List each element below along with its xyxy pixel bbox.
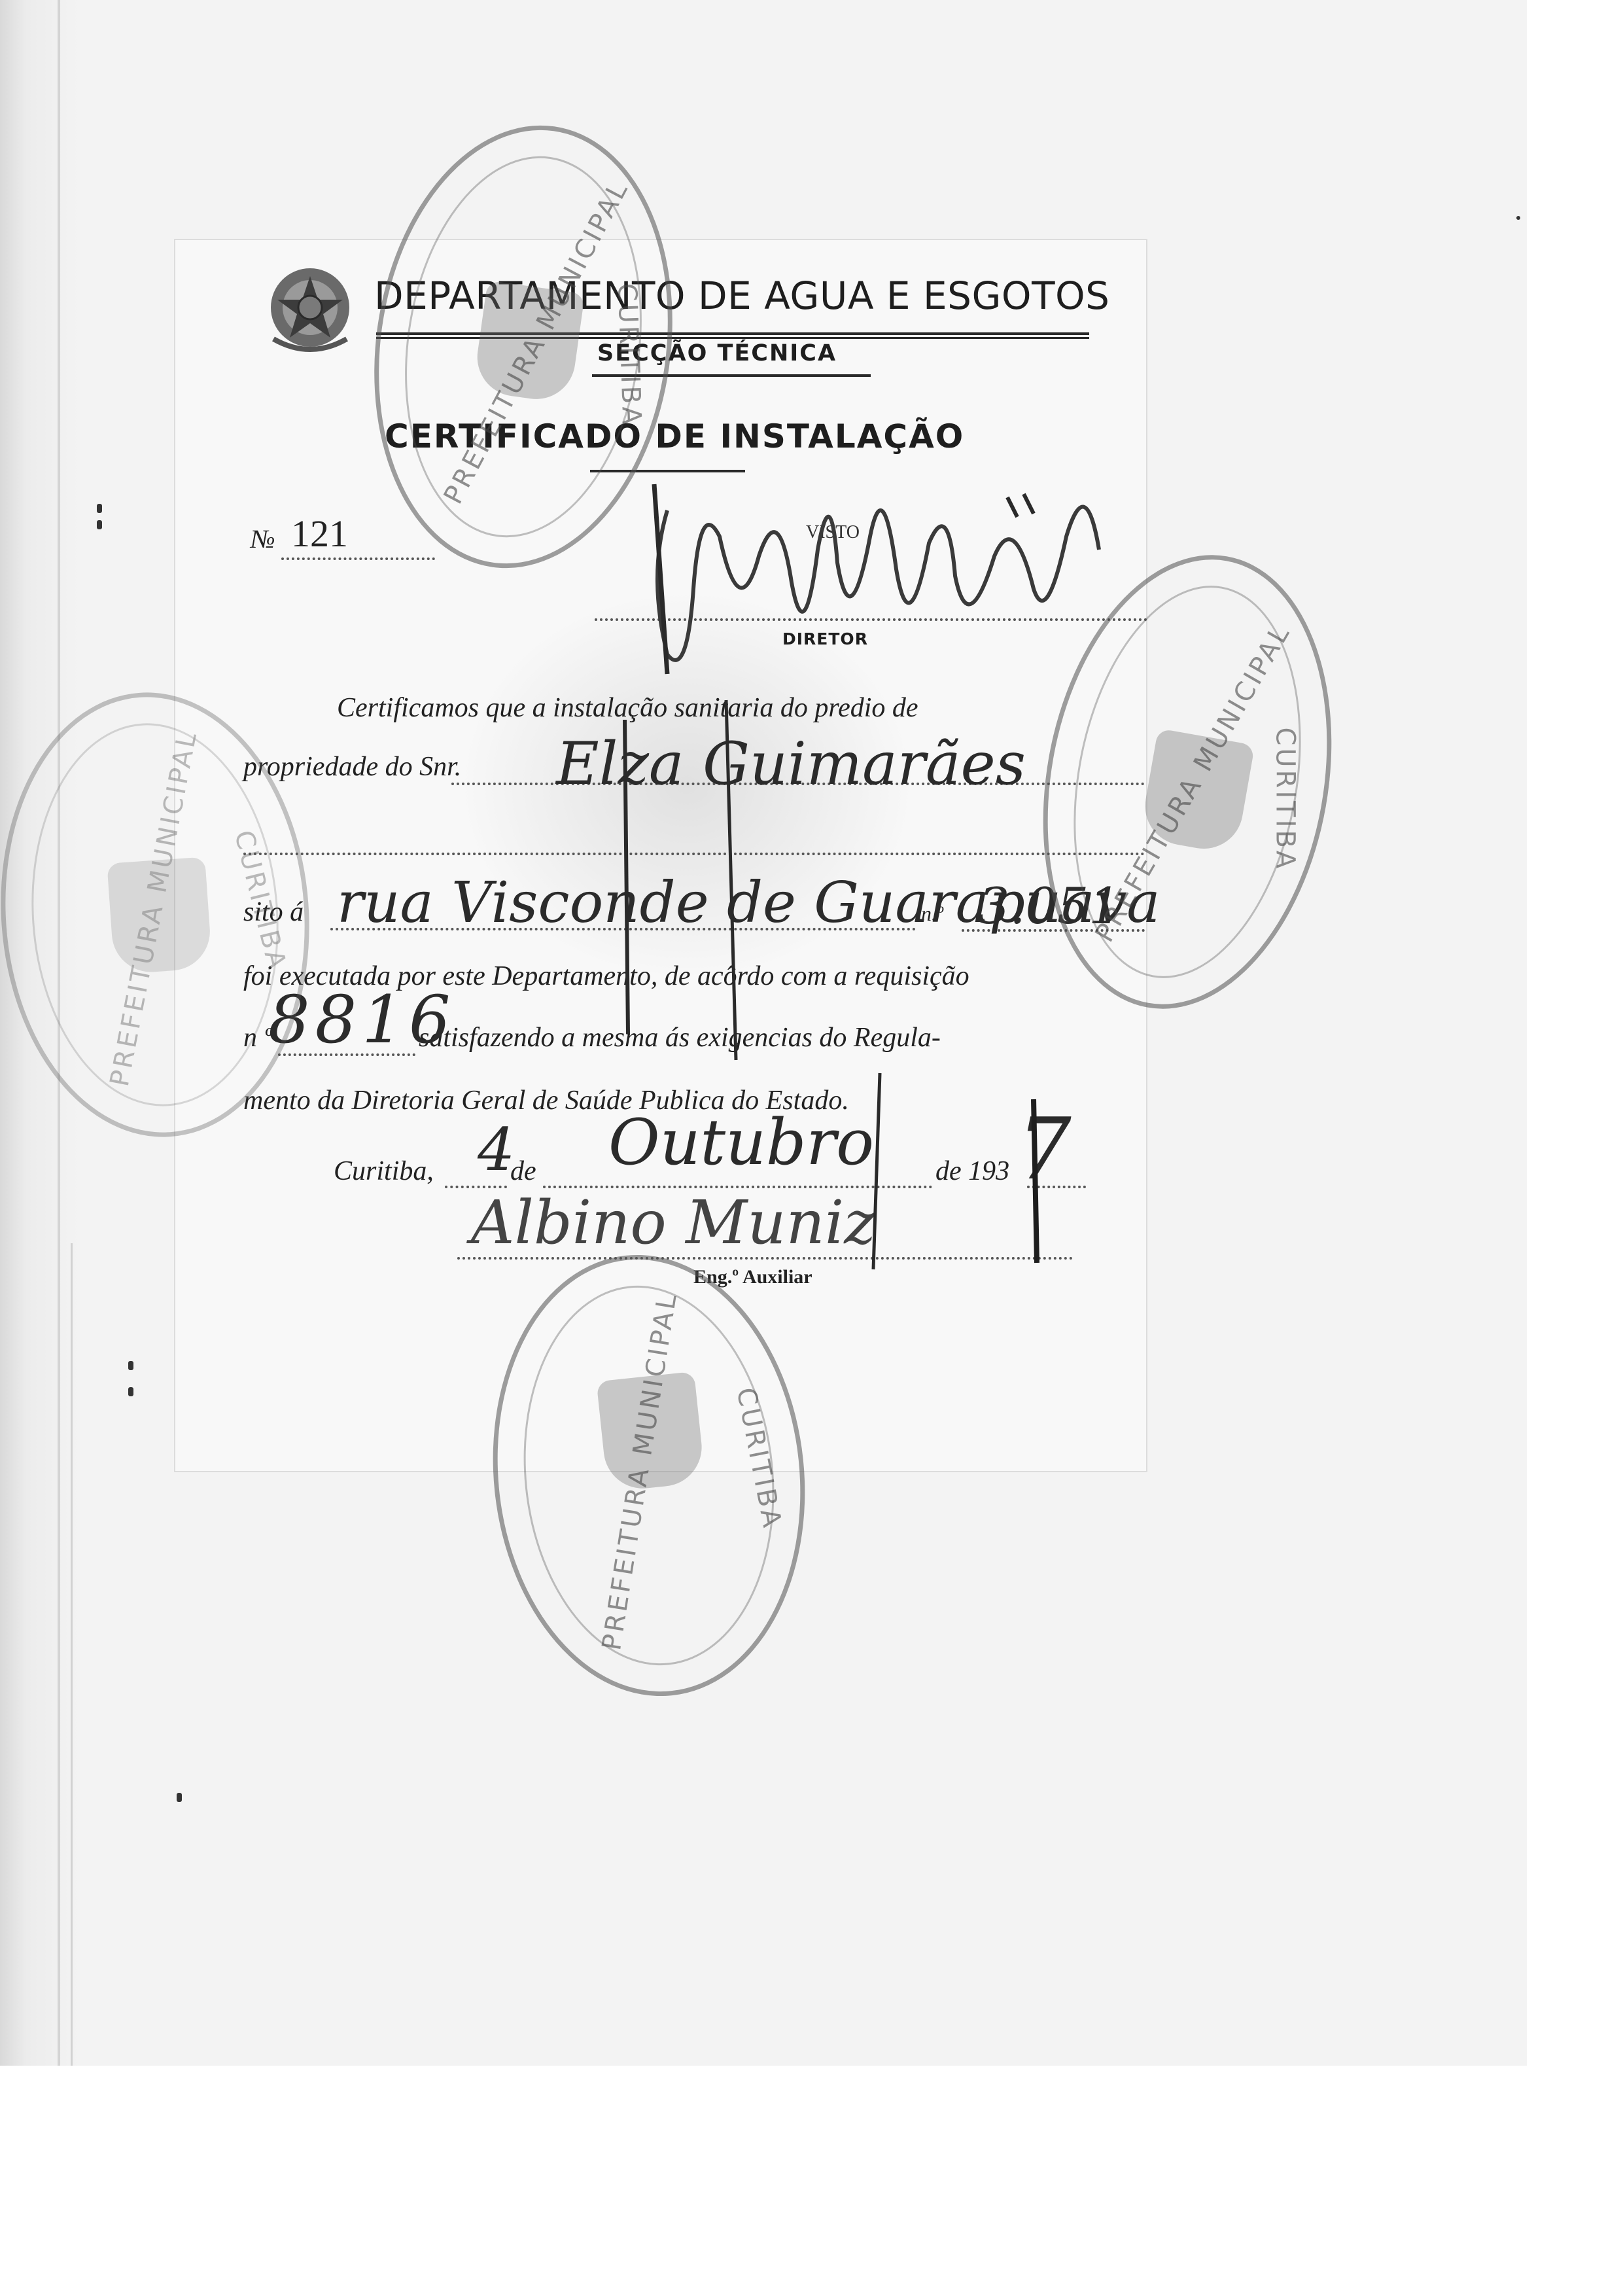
- ink-speck: [97, 504, 102, 513]
- ink-speck: [97, 520, 102, 529]
- city-label: Curitiba,: [334, 1156, 434, 1187]
- number-dotted-line: [281, 557, 435, 560]
- stamp-city: CURITIBA: [1270, 727, 1300, 871]
- ink-speck: [128, 1387, 133, 1396]
- certificate-number: 121: [291, 512, 348, 556]
- director-signature: [641, 458, 1138, 687]
- brazil-coat-of-arms-icon: [262, 262, 358, 359]
- number-label: №: [251, 523, 275, 554]
- ink-speck: [128, 1361, 133, 1370]
- pen-strokes: [615, 694, 1112, 1282]
- binding-fold-line: [71, 1243, 73, 2066]
- stamp-city: CURITIBA: [612, 283, 647, 427]
- ink-speck: [1516, 216, 1520, 220]
- owner-label: propriedade do Snr.: [243, 751, 461, 783]
- day-handwritten: 4: [478, 1116, 515, 1184]
- ink-speck: [177, 1793, 182, 1802]
